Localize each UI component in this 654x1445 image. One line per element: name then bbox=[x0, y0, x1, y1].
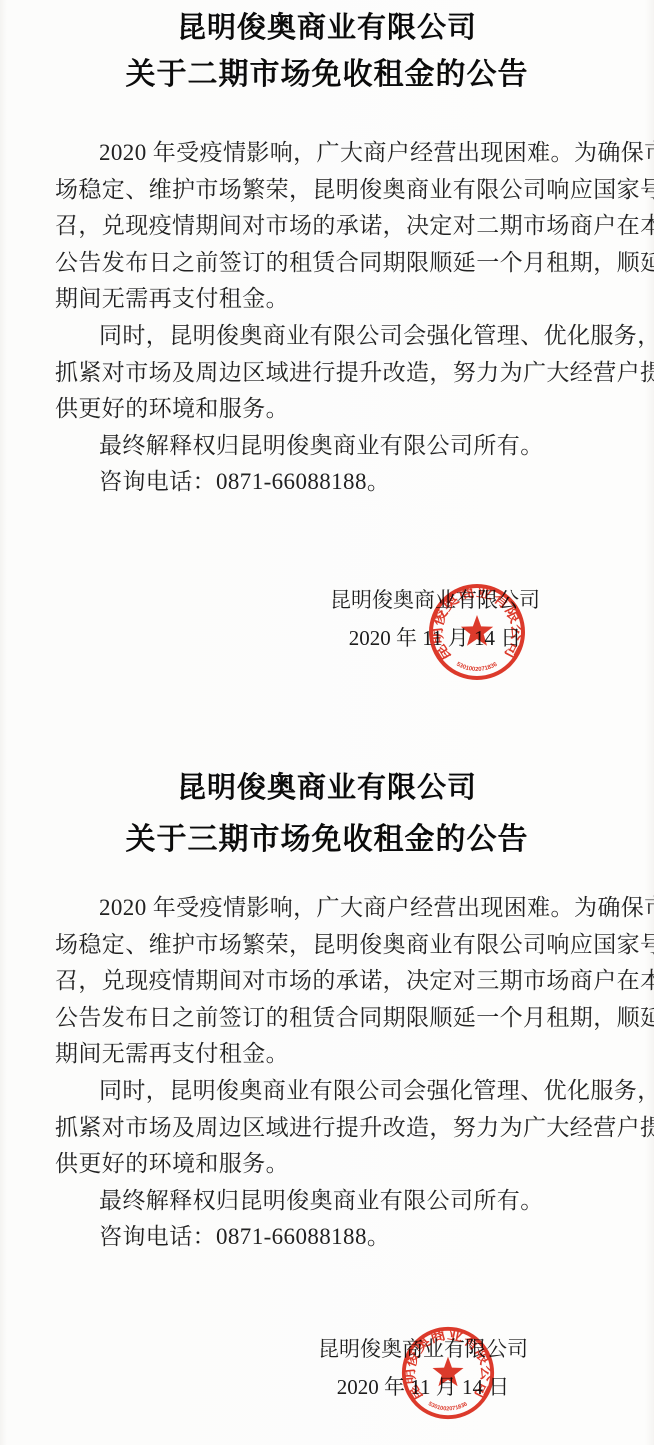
body-line: 同时，昆明俊奥商业有限公司会强化管理、优化服务， bbox=[55, 1073, 604, 1110]
document-page: 昆明俊奥商业有限公司 关于二期市场免收租金的公告 2020 年受疫情影响，广大商… bbox=[0, 0, 654, 1445]
body-line: 供更好的环境和服务。 bbox=[55, 391, 604, 428]
seal-number-arc: 5301002071836 bbox=[427, 1401, 468, 1412]
body-line: 最终解释权归昆明俊奥商业有限公司所有。 bbox=[55, 428, 604, 465]
body-line: 抓紧对市场及周边区域进行提升改造，努力为广大经营户提 bbox=[55, 1110, 604, 1147]
announcement-phase3: 昆明俊奥商业有限公司 关于三期市场免收租金的公告 2020 年受疫情影响，广大商… bbox=[0, 760, 654, 1256]
body-line: 2020 年受疫情影响，广大商户经营出现困难。为确保市 bbox=[55, 135, 604, 172]
star-icon bbox=[461, 615, 493, 646]
body-line: 供更好的环境和服务。 bbox=[55, 1146, 604, 1183]
body-line: 最终解释权归昆明俊奥商业有限公司所有。 bbox=[55, 1183, 604, 1220]
seal-number-arc: 5301002071836 bbox=[455, 661, 499, 673]
svg-text:5301002071836: 5301002071836 bbox=[427, 1401, 468, 1412]
body-line: 公告发布日之前签订的租赁合同期限顺延一个月租期，顺延 bbox=[55, 245, 604, 282]
announcement-phase2: 昆明俊奥商业有限公司 关于二期市场免收租金的公告 2020 年受疫情影响，广大商… bbox=[0, 0, 654, 501]
body-line: 召，兑现疫情期间对市场的承诺，决定对三期市场商户在本 bbox=[55, 963, 604, 1000]
body-line: 咨询电话：0871-66088188。 bbox=[55, 1219, 604, 1256]
company-seal: 昆明俊奥商业有限公司 5301002071836 bbox=[427, 582, 527, 682]
body-line: 期间无需再支付租金。 bbox=[55, 281, 604, 318]
body-line: 场稳定、维护市场繁荣，昆明俊奥商业有限公司响应国家号 bbox=[55, 927, 604, 964]
body-line: 期间无需再支付租金。 bbox=[55, 1036, 604, 1073]
announcement-title: 关于三期市场免收租金的公告 bbox=[0, 815, 654, 864]
company-title: 昆明俊奥商业有限公司 bbox=[0, 0, 654, 50]
body-line: 公告发布日之前签订的租赁合同期限顺延一个月租期，顺延 bbox=[55, 1000, 604, 1037]
company-seal: 昆明俊奥商业有限公司 5301002071836 bbox=[400, 1325, 496, 1421]
announcement-title: 关于二期市场免收租金的公告 bbox=[0, 50, 654, 99]
body-line: 抓紧对市场及周边区域进行提升改造，努力为广大经营户提 bbox=[55, 355, 604, 392]
announcement-body: 2020 年受疫情影响，广大商户经营出现困难。为确保市 场稳定、维护市场繁荣，昆… bbox=[55, 890, 604, 1256]
body-line: 咨询电话：0871-66088188。 bbox=[55, 464, 604, 501]
company-title: 昆明俊奥商业有限公司 bbox=[0, 760, 654, 810]
body-line: 召，兑现疫情期间对市场的承诺，决定对二期市场商户在本 bbox=[55, 208, 604, 245]
svg-text:5301002071836: 5301002071836 bbox=[455, 661, 499, 673]
body-line: 场稳定、维护市场繁荣，昆明俊奥商业有限公司响应国家号 bbox=[55, 172, 604, 209]
body-line: 2020 年受疫情影响，广大商户经营出现困难。为确保市 bbox=[55, 890, 604, 927]
announcement-body: 2020 年受疫情影响，广大商户经营出现困难。为确保市 场稳定、维护市场繁荣，昆… bbox=[55, 135, 604, 501]
body-line: 同时，昆明俊奥商业有限公司会强化管理、优化服务， bbox=[55, 318, 604, 355]
star-icon bbox=[432, 1357, 463, 1387]
